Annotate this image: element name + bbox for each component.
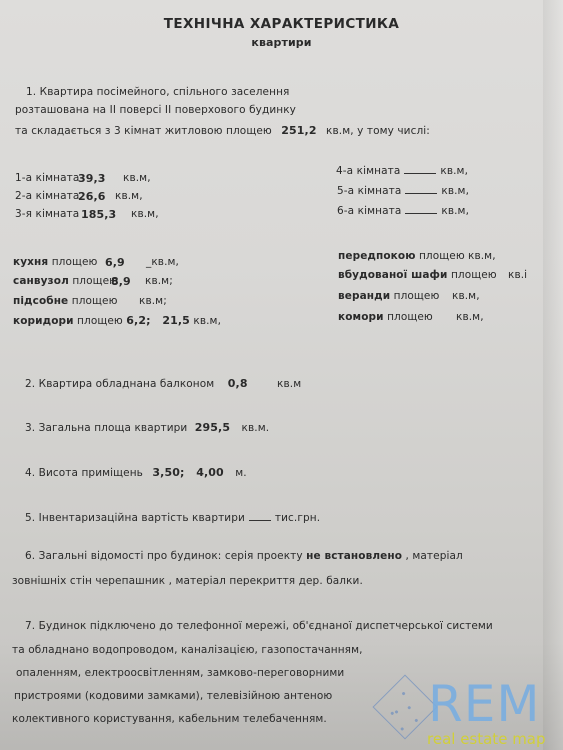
document-subtitle: квартири (0, 36, 563, 49)
room-value-blank (405, 184, 437, 194)
area-label: кухня (13, 256, 48, 268)
total-area-value: 295,5 (195, 421, 230, 434)
inventory-value-unit: тис.грн. (275, 512, 320, 524)
room-value: 26,6 (78, 190, 106, 203)
section1-line3-prefix: та складається з 3 кімнат житловою площе… (15, 125, 272, 137)
ceiling-height-value: 3,50; 4,00 (152, 466, 223, 479)
room-4: 4-а кімнатакв.м, (336, 164, 468, 177)
room-5: 5-а кімнатакв.м, (337, 184, 469, 197)
section7-line2: та обладнано водопроводом, каналізацією,… (12, 644, 363, 656)
area-unit: _кв.м, (146, 256, 179, 268)
area-suffix: площею (52, 256, 98, 268)
room-label: 5-а кімната (337, 185, 401, 197)
section3-total-area: 3. Загальна площа квартири 295,5 кв.м. (25, 421, 269, 434)
bathroom-area: санвузол площею 8,9 кв.м; (13, 275, 118, 287)
section1-line2: розташована на II поверсі II поверхового… (15, 104, 296, 116)
area-suffix: площею (77, 315, 123, 327)
ceiling-height-unit: м. (235, 467, 246, 479)
storage-area: комори площею кв.м, (338, 311, 433, 323)
room-label: 1-а кімната (15, 172, 79, 184)
veranda-area: веранди площею кв.м, (338, 290, 439, 302)
section5-text: 5. Інвентаризаційна вартість квартири (25, 512, 245, 524)
corridor-area: коридори площею 6,2; 21,5 кв.м, (13, 314, 221, 327)
section6-line2: зовнішніх стін черепашник , матеріал пер… (12, 575, 363, 587)
area-unit: кв.м, (468, 250, 496, 262)
section1-line3-suffix: кв.м, у тому числі: (326, 125, 430, 137)
room-unit: кв.м, (441, 205, 469, 217)
area-label: підсобне (13, 295, 68, 307)
room-value-blank (404, 164, 436, 174)
room-value: 185,3 (81, 208, 116, 221)
kitchen-area: кухня площею 6,9 _кв.м, (13, 256, 98, 268)
area-label: коридори (13, 315, 74, 327)
area-label: передпокою (338, 250, 416, 262)
area-unit: кв.м; (145, 275, 173, 287)
rem-watermark: REM real estate map (378, 676, 563, 750)
section4-text: 4. Висота приміщень (25, 467, 143, 479)
section2-text: 2. Квартира обладнана балконом (25, 378, 214, 390)
area-label: веранди (338, 290, 390, 302)
section7-line5: колективного користування, кабельним тел… (12, 713, 327, 725)
paper-fold-shadow (543, 0, 563, 750)
room-3: 3-я кімната 185,3 кв.м, (15, 208, 79, 220)
document-title: ТЕХНІЧНА ХАРАКТЕРИСТИКА (0, 16, 563, 32)
area-suffix: площею (419, 250, 465, 262)
room-unit: кв.м, (115, 190, 143, 202)
section7-line3: опаленням, електроосвітленням, замково-п… (16, 667, 344, 679)
area-suffix: площею (394, 290, 440, 302)
project-series-value: не встановлено (306, 550, 402, 562)
room-label: 3-я кімната (15, 208, 79, 220)
room-label: 2-а кімната (15, 190, 79, 202)
builtin-wardrobe-area: вбудованої шафи площею кв.і (338, 269, 497, 281)
section6-line1: 6. Загальні відомості про будинок: серія… (25, 550, 463, 562)
area-suffix: площею (387, 311, 433, 323)
area-unit: кв.м, (456, 311, 484, 323)
section6-suffix: , матеріал (405, 550, 462, 562)
area-unit: кв.м, (452, 290, 480, 302)
area-label: комори (338, 311, 384, 323)
room-value: 39,3 (78, 172, 106, 185)
watermark-tagline: real estate map (427, 730, 546, 748)
section6-prefix: 6. Загальні відомості про будинок: серія… (25, 550, 303, 562)
section1-line3: та складається з 3 кімнат житловою площе… (15, 124, 430, 137)
room-2: 2-а кімната 26,6 кв.м, (15, 190, 79, 202)
utility-area: підсобне площею кв.м; (13, 295, 118, 307)
room-unit: кв.м, (440, 165, 468, 177)
room-unit: кв.м, (123, 172, 151, 184)
area-unit: кв.м; (139, 295, 167, 307)
section7-line1: 7. Будинок підключено до телефонної мере… (25, 620, 493, 632)
area-value: 6,9 (105, 256, 125, 269)
room-6: 6-а кімнатакв.м, (337, 204, 469, 217)
section7-line4: пристроями (кодовими замками), телевізій… (14, 690, 332, 702)
balcony-area-value: 0,8 (228, 377, 248, 390)
area-value: 6,2; 21,5 (126, 314, 190, 327)
balcony-area-unit: кв.м (277, 378, 301, 390)
room-1: 1-а кімната 39,3 кв.м, (15, 172, 79, 184)
watermark-brand: REM (428, 678, 540, 730)
section4-height: 4. Висота приміщень 3,50; 4,00 м. (25, 466, 247, 479)
section2-balcony: 2. Квартира обладнана балконом 0,8 кв.м (25, 377, 301, 390)
room-unit: кв.м, (441, 185, 469, 197)
area-unit: кв.м, (193, 315, 221, 327)
section5-inventory-value: 5. Інвентаризаційна вартість квартиритис… (25, 511, 320, 524)
hallway-area: передпокою площею кв.м, (338, 250, 465, 262)
inventory-value-blank (249, 511, 271, 521)
area-suffix: площею (72, 295, 118, 307)
total-area-unit: кв.м. (242, 422, 270, 434)
room-label: 4-а кімната (336, 165, 400, 177)
area-suffix: площею (451, 269, 497, 281)
section1-line1: 1. Квартира посімейного, спільного засел… (26, 86, 289, 98)
room-unit: кв.м, (131, 208, 159, 220)
area-unit: кв.і (508, 269, 527, 281)
room-value-blank (405, 204, 437, 214)
room-label: 6-а кімната (337, 205, 401, 217)
section3-text: 3. Загальна площа квартири (25, 422, 187, 434)
living-area-value: 251,2 (281, 124, 316, 137)
area-label: санвузол (13, 275, 69, 287)
area-value: 8,9 (111, 275, 131, 288)
area-label: вбудованої шафи (338, 269, 447, 281)
